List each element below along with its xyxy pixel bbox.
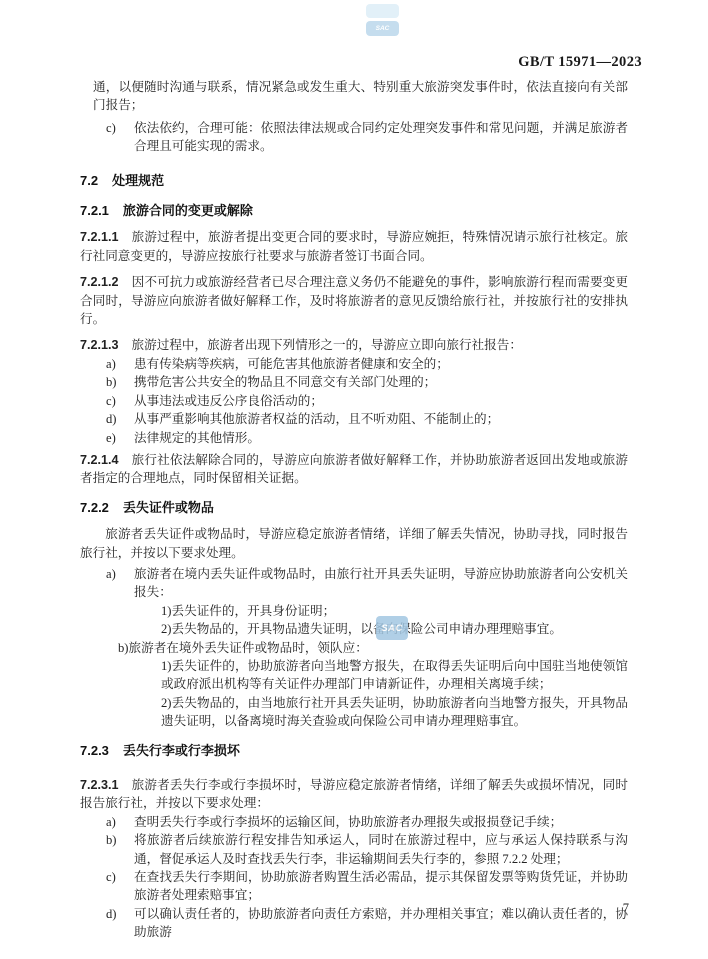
list-item: a)旅游者在境内丢失证件或物品时，由旅行社开具丢失证明，导游应协助旅游者向公安机… <box>80 565 628 602</box>
standard-code: GB/T 15971—2023 <box>518 54 642 71</box>
sac-watermark-icon <box>366 4 399 18</box>
list-item-text: 患有传染病等疾病，可能危害其他旅游者健康和安全的； <box>134 357 449 371</box>
clause-7-2-1-4: 7.2.1.4旅行社依法解除合同的，导游应向旅游者做好解释工作，并协助旅游者返回… <box>80 451 628 488</box>
list-item: c)从事违法或违反公序良俗活动的； <box>80 392 628 410</box>
sub-list-item: 2)丢失物品的，由当地旅行社开具丢失证明，协助旅游者向当地警方报失，开具物品遗失… <box>80 694 628 731</box>
clause-text: 旅游过程中，旅游者出现下列情形之一的，导游应立即向旅行社报告： <box>132 338 522 352</box>
section-heading-7-2: 7.2处理规范 <box>80 172 628 190</box>
list-item: a)查明丢失行李或行李损坏的运输区间，协助旅游者办理报失或报损登记手续； <box>80 813 628 831</box>
list-item-text: 从事违法或违反公序良俗活动的； <box>134 394 323 408</box>
list-item: a)患有传染病等疾病，可能危害其他旅游者健康和安全的； <box>80 355 628 373</box>
sub-list-item: 1)丢失证件的，开具身份证明； <box>80 602 628 620</box>
sac-watermark-icon: SAC <box>366 21 399 36</box>
list-item-text: 从事严重影响其他旅游者权益的活动，且不听劝阻、不能制止的； <box>134 412 499 426</box>
section-title: 旅游合同的变更或解除 <box>123 203 253 218</box>
list-marker: 1) <box>161 604 172 618</box>
paragraph-continuation: 通，以便随时沟通与联系，情况紧急或发生重大、特别重大旅游突发事件时，依法直接向有… <box>80 78 628 115</box>
list-marker: d) <box>106 410 117 428</box>
section-number: 7.2 <box>80 173 98 188</box>
sub-list-item: 1)丢失证件的，协助旅游者向当地警方报失，在取得丢失证明后向中国驻当地使领馆或政… <box>80 657 628 694</box>
section-heading-7-2-1: 7.2.1旅游合同的变更或解除 <box>80 202 628 220</box>
page-number: 7 <box>623 901 629 916</box>
list-marker: b) <box>106 373 117 391</box>
sac-watermark: SAC <box>376 616 408 640</box>
document-body: 通，以便随时沟通与联系，情况紧急或发生重大、特别重大旅游突发事件时，依法直接向有… <box>80 78 628 942</box>
clause-7-2-1-3: 7.2.1.3旅游过程中，旅游者出现下列情形之一的，导游应立即向旅行社报告： <box>80 336 628 354</box>
list-item-text: 查明丢失行李或行李损坏的运输区间，协助旅游者办理报失或报损登记手续； <box>134 815 562 829</box>
clause-text: 因不可抗力或旅游经营者已尽合理注意义务仍不能避免的事件，影响旅游行程而需要变更合… <box>80 275 628 326</box>
list-item: b)将旅游者后续旅游行程安排告知承运人，同时在旅游过程中，应与承运人保持联系与沟… <box>80 831 628 868</box>
document-page: SAC GB/T 15971—2023 通，以便随时沟通与联系，情况紧急或发生重… <box>0 0 708 959</box>
clause-number: 7.2.1.3 <box>80 338 119 352</box>
clause-7-2-1-1: 7.2.1.1旅游过程中，旅游者提出变更合同的要求时，导游应婉拒，特殊情况请示旅… <box>80 228 628 265</box>
list-marker: d) <box>106 905 117 923</box>
list-item-text: 依法依约，合理可能：依照法律法规或合同约定处理突发事件和常见问题，并满足旅游者合… <box>134 121 628 153</box>
clause-number: 7.2.1.1 <box>80 230 119 244</box>
list-item: b)旅游者在境外丢失证件或物品时，领队应： <box>80 639 628 657</box>
list-marker: b) <box>118 641 129 655</box>
section-heading-7-2-3: 7.2.3丢失行李或行李损坏 <box>80 742 628 760</box>
list-item-text: 丢失证件的，协助旅游者向当地警方报失，在取得丢失证明后向中国驻当地使领馆或政府派… <box>161 659 628 691</box>
list-item: d)可以确认责任者的，协助旅游者向责任方索赔，并办理相关事宜；难以确认责任者的，… <box>80 905 628 942</box>
list-item-text: 旅游者在境外丢失证件或物品时，领队应： <box>129 641 368 655</box>
section-number: 7.2.3 <box>80 743 109 758</box>
section-title: 丢失行李或行李损坏 <box>123 743 240 758</box>
clause-7-2-1-2: 7.2.1.2因不可抗力或旅游经营者已尽合理注意义务仍不能避免的事件，影响旅游行… <box>80 273 628 328</box>
list-marker: a) <box>106 565 116 583</box>
list-item-text: 携带危害公共安全的物品且不同意交有关部门处理的； <box>134 375 436 389</box>
clause-text: 旅行社依法解除合同的，导游应向旅游者做好解释工作，并协助旅游者返回出发地或旅游者… <box>80 453 628 485</box>
list-marker: 2) <box>161 622 172 636</box>
clause-7-2-3-1: 7.2.3.1旅游者丢失行李或行李损坏时，导游应稳定旅游者情绪，详细了解丢失或损… <box>80 776 628 813</box>
clause-number: 7.2.1.2 <box>80 275 119 289</box>
list-item-text: 法律规定的其他情形。 <box>134 431 260 445</box>
section-number: 7.2.2 <box>80 500 109 515</box>
list-marker: b) <box>106 831 117 849</box>
list-marker: c) <box>106 392 116 410</box>
list-item: c)在查找丢失行李期间，协助旅游者购置生活必需品，提示其保留发票等购货凭证，并协… <box>80 868 628 905</box>
list-marker: c) <box>106 119 116 137</box>
list-marker: 1) <box>161 659 172 673</box>
clause-text: 旅游过程中，旅游者提出变更合同的要求时，导游应婉拒，特殊情况请示旅行社核定。旅行… <box>80 230 628 262</box>
list-marker: a) <box>106 355 116 373</box>
list-marker: 2) <box>161 696 172 710</box>
clause-number: 7.2.3.1 <box>80 778 119 792</box>
section-title: 丢失证件或物品 <box>123 500 214 515</box>
list-item-text: 旅游者在境内丢失证件或物品时，由旅行社开具丢失证明，导游应协助旅游者向公安机关报… <box>134 567 628 599</box>
clause-text: 旅游者丢失行李或行李损坏时，导游应稳定旅游者情绪，详细了解丢失或损坏情况，同时报… <box>80 778 628 810</box>
list-item: e)法律规定的其他情形。 <box>80 429 628 447</box>
sub-list-item: 2)丢失物品的，开具物品遗失证明，以备向保险公司申请办理理赔事宜。 <box>80 620 628 638</box>
list-marker: a) <box>106 813 116 831</box>
list-item-text: 丢失物品的，由当地旅行社开具丢失证明，协助旅游者向当地警方报失，开具物品遗失证明… <box>161 696 628 728</box>
list-marker: c) <box>106 868 116 886</box>
list-item-text: 丢失证件的，开具身份证明； <box>172 604 336 618</box>
list-item-text: 将旅游者后续旅游行程安排告知承运人，同时在旅游过程中，应与承运人保持联系与沟通，… <box>134 833 628 865</box>
list-item: b)携带危害公共安全的物品且不同意交有关部门处理的； <box>80 373 628 391</box>
list-item: d)从事严重影响其他旅游者权益的活动，且不听劝阻、不能制止的； <box>80 410 628 428</box>
list-item-text: 可以确认责任者的，协助旅游者向责任方索赔，并办理相关事宜；难以确认责任者的，协助… <box>134 907 628 939</box>
section-heading-7-2-2: 7.2.2丢失证件或物品 <box>80 499 628 517</box>
section-number: 7.2.1 <box>80 203 109 218</box>
paragraph-7-2-2: 旅游者丢失证件或物品时，导游应稳定旅游者情绪，详细了解丢失情况，协助寻找，同时报… <box>80 525 628 562</box>
list-item-text: 丢失物品的，开具物品遗失证明，以备向保险公司申请办理理赔事宜。 <box>172 622 562 636</box>
section-title: 处理规范 <box>112 173 164 188</box>
list-item: c)依法依约，合理可能：依照法律法规或合同约定处理突发事件和常见问题，并满足旅游… <box>80 119 628 156</box>
clause-number: 7.2.1.4 <box>80 453 119 467</box>
list-marker: e) <box>106 429 116 447</box>
list-item-text: 在查找丢失行李期间，协助旅游者购置生活必需品，提示其保留发票等购货凭证，并协助旅… <box>134 870 628 902</box>
